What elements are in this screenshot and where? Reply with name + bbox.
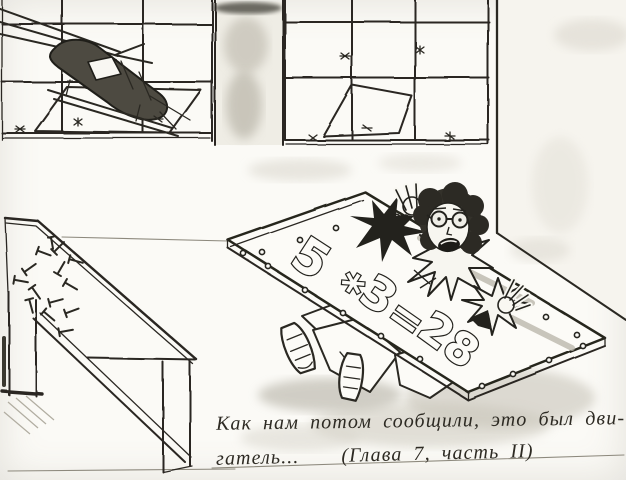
caption-chapter-reference: (Глава 7, часть II)	[341, 440, 534, 467]
cartoon-scene: 5 * 3 = 28 Как нам потом сообщили, это б…	[0, 0, 626, 480]
floor-hatch	[4, 396, 54, 434]
caption-word-engine: гатель...	[216, 446, 300, 470]
classroom-desk	[2, 218, 197, 472]
boy-head	[413, 182, 489, 254]
sneaker-left	[277, 321, 319, 377]
helicopter-drawing	[0, 9, 190, 136]
